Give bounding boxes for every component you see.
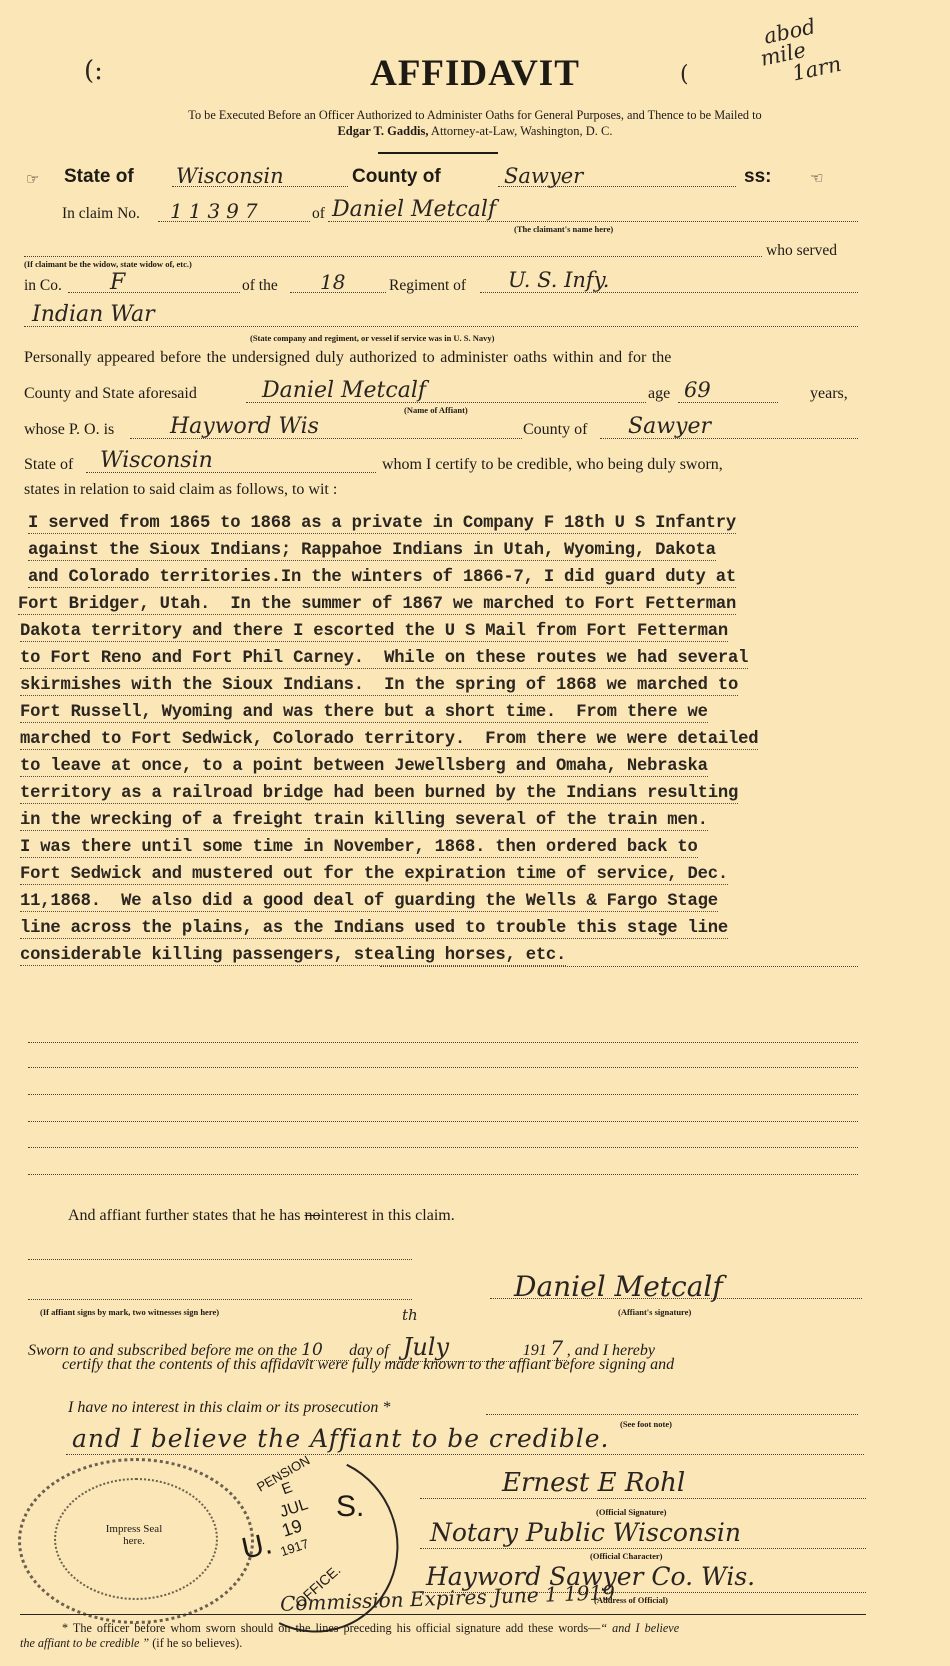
credible-statement-field[interactable]: and I believe the Affiant to be credible… (66, 1424, 864, 1455)
statement-line: Dakota territory and there I escorted th… (20, 622, 728, 641)
county-value: Sawyer (498, 164, 583, 188)
attorney-name: Edgar T. Gaddis, (337, 124, 428, 138)
company-label: in Co. (24, 277, 62, 295)
claim-no-field[interactable]: 11397 (158, 199, 310, 222)
statement-line: Fort Bridger, Utah. In the summer of 186… (18, 595, 736, 614)
affiant-name-field[interactable]: Daniel Metcalf (246, 378, 646, 403)
claimant-name-field[interactable]: Daniel Metcalf (328, 197, 858, 222)
age-field[interactable]: 69 (678, 378, 778, 403)
blank-line[interactable] (28, 1173, 858, 1175)
regiment-number-field[interactable]: 18 (290, 270, 386, 293)
footnote-line-2: the affiant to be credible ” (if he so b… (20, 1636, 242, 1651)
county-field[interactable]: Sawyer (498, 164, 736, 187)
corner-mark-right: ( (680, 62, 689, 87)
po-field[interactable]: Hayword Wis (130, 414, 522, 439)
statement-line: in the wrecking of a freight train killi… (20, 811, 708, 830)
county-label: County of (352, 166, 441, 188)
ss-label: ss: (744, 166, 771, 188)
statement-line: marched to Fort Sedwick, Colorado territ… (20, 730, 758, 749)
statement-line: line across the plains, as the Indians u… (20, 919, 728, 938)
widow-caption: (If claimant be the widow, state widow o… (24, 259, 192, 269)
interest-statement: And affiant further states that he has n… (68, 1207, 455, 1225)
po-state-value: Wisconsin (86, 448, 213, 473)
official-character: Notary Public Wisconsin (420, 1518, 741, 1547)
po-label: whose P. O. is (24, 421, 114, 439)
credible-text: whom I certify to be credible, who being… (382, 456, 723, 474)
regiment-value: U. S. Infy. (480, 268, 609, 292)
affiant-name-value: Daniel Metcalf (246, 378, 426, 403)
official-signature-field[interactable]: Ernest E Rohl (420, 1468, 866, 1499)
statement-line: 11,1868. We also did a good deal of guar… (20, 892, 718, 911)
claim-no-value: 11397 (158, 199, 264, 223)
affidavit-page: (: AFFIDAVIT ( abod mile 1arn To be Exec… (0, 0, 950, 1666)
witness-caption: (If affiant signs by mark, two witnesses… (40, 1307, 219, 1317)
footnote-line-1: * The officer before whom sworn should o… (62, 1621, 679, 1636)
regiment-number-value: 18 (290, 270, 345, 294)
company-value: F (68, 270, 125, 295)
statement-line: skirmishes with the Sioux Indians. In th… (20, 676, 738, 695)
service-note-value: Indian War (24, 302, 155, 327)
years-label: years, (810, 385, 848, 403)
statement-line: against the Sioux Indians; Rappahoe Indi… (28, 541, 716, 560)
statement-line: I was there until some time in November,… (20, 838, 698, 857)
affiant-signature-caption: (Affiant's signature) (618, 1307, 691, 1317)
regiment-field[interactable]: U. S. Infy. (480, 268, 858, 293)
of-the-label: of the (242, 277, 278, 295)
official-signature-caption: (Official Signature) (596, 1507, 666, 1517)
witness-line-2[interactable] (28, 1298, 412, 1300)
statement-line: to Fort Reno and Fort Phil Carney. While… (20, 649, 748, 668)
statement-line-fill (380, 960, 858, 967)
relation-text: states in relation to said claim as foll… (24, 481, 337, 499)
impress-seal-label: Impress Seal here. (54, 1523, 214, 1547)
regiment-label: Regiment of (389, 277, 466, 295)
certify-line: certify that the contents of this affida… (62, 1356, 674, 1374)
county-state-label: County and State aforesaid (24, 385, 197, 403)
day-suffix-mark: th (402, 1306, 418, 1324)
service-caption: (State company and regiment, or vessel i… (250, 333, 495, 343)
statement-line: and Colorado territories.In the winters … (28, 568, 736, 587)
footnote-rule (20, 1614, 866, 1615)
struck-word: no (305, 1207, 321, 1224)
state-field[interactable]: Wisconsin (172, 164, 348, 187)
pointing-hand-right-icon: ☞ (810, 169, 823, 188)
po-county-value: Sawyer (600, 414, 711, 439)
blank-line[interactable] (28, 1093, 858, 1095)
no-interest-line: I have no interest in this claim or its … (68, 1399, 390, 1417)
postmark-right-letter: S. (336, 1490, 364, 1524)
po-state-field[interactable]: Wisconsin (86, 448, 376, 473)
claim-no-label: In claim No. (62, 205, 140, 223)
state-label: State of (64, 166, 134, 188)
statement-line: to leave at once, to a point between Jew… (20, 757, 708, 776)
instructions-line-2: Edgar T. Gaddis, Attorney-at-Law, Washin… (0, 124, 950, 139)
state-value: Wisconsin (172, 164, 284, 188)
official-signature: Ernest E Rohl (420, 1468, 685, 1498)
service-field[interactable]: Indian War (24, 302, 858, 327)
of-label: of (312, 205, 325, 223)
po-county-field[interactable]: Sawyer (600, 414, 858, 439)
age-value: 69 (678, 378, 711, 402)
po-state-label: State of (24, 456, 73, 474)
no-interest-fill (486, 1408, 858, 1415)
affiant-signature-field[interactable]: Daniel Metcalf (490, 1270, 862, 1299)
instructions-line-1: To be Executed Before an Officer Authori… (0, 108, 950, 123)
claimant-name-caption: (The claimant's name here) (514, 224, 613, 234)
appeared-text: Personally appeared before the undersign… (24, 349, 671, 367)
official-character-caption: (Official Character) (590, 1551, 662, 1561)
who-served-label: who served (766, 242, 837, 260)
title-divider (378, 152, 498, 154)
blank-line[interactable] (28, 1041, 858, 1043)
po-county-label: County of (523, 421, 587, 439)
age-label: age (648, 385, 670, 403)
company-field[interactable]: F (68, 270, 240, 293)
po-value: Hayword Wis (130, 414, 319, 439)
statement-line: Fort Russell, Wyoming and was there but … (20, 703, 708, 722)
blank-line[interactable] (28, 1066, 858, 1068)
statement-line: territory as a railroad bridge had been … (20, 784, 738, 803)
claimant-name-value: Daniel Metcalf (328, 197, 496, 222)
blank-line[interactable] (28, 1146, 858, 1148)
widow-field[interactable] (24, 246, 762, 257)
official-character-field[interactable]: Notary Public Wisconsin (420, 1518, 866, 1549)
statement-line: Fort Sedwick and mustered out for the ex… (20, 865, 728, 884)
credible-statement: and I believe the Affiant to be credible… (66, 1424, 610, 1453)
statement-line: I served from 1865 to 1868 as a private … (28, 514, 736, 533)
witness-line[interactable] (28, 1258, 412, 1260)
blank-line[interactable] (28, 1120, 858, 1122)
affiant-signature: Daniel Metcalf (490, 1270, 723, 1303)
pointing-hand-icon: ☞ (26, 170, 39, 189)
